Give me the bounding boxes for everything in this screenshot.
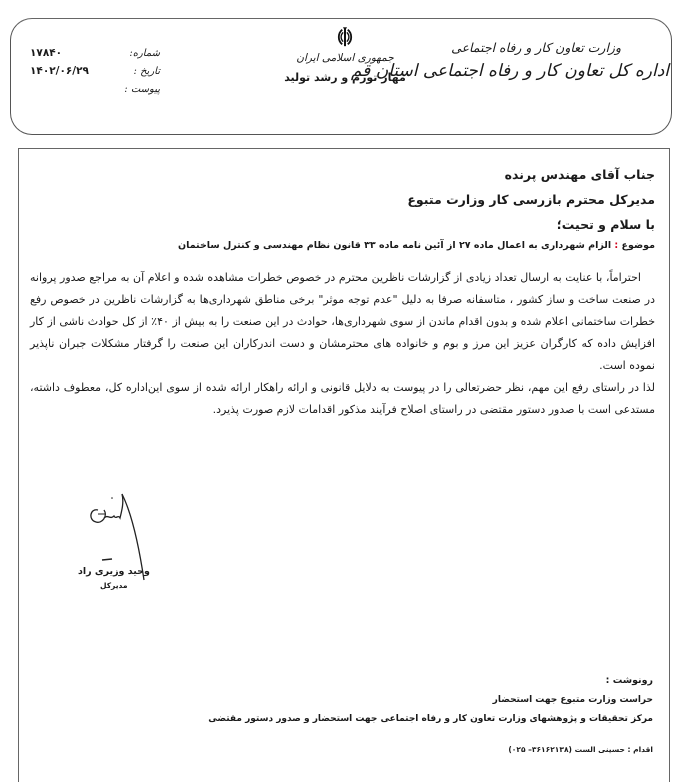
number-label: شماره: (122, 48, 160, 59)
body-paragraph-2: لذا در راستای رفع این مهم، نظر حضرتعالی … (30, 377, 655, 421)
body-paragraph-1: احتراماً، با عنایت به ارسال تعداد زیادی … (30, 267, 655, 377)
cc-item: حراست وزارت متبوع جهت استحضار (208, 691, 653, 710)
recipient-name: جناب آقای مهندس پرنده (30, 162, 655, 187)
signer-name: وحید وزیری راد (78, 566, 150, 577)
year-slogan: مهار تورم و رشد تولید (270, 71, 420, 84)
cc-block: رونوشت : حراست وزارت متبوع جهت استحضار م… (208, 671, 653, 754)
date-label: تاریخ : (122, 66, 160, 77)
date-value: ۱۴۰۲/۰۶/۲۹ (30, 65, 122, 77)
subject-line: موضوع : الزام شهرداری به اعمال ماده ۲۷ ا… (30, 240, 655, 251)
subject-label: موضوع (622, 240, 655, 251)
subject-text: الزام شهرداری به اعمال ماده ۲۷ از آئین ن… (178, 240, 611, 251)
recipient-title: مدیرکل محترم بازرسی کار وزارت متبوع (30, 187, 655, 212)
letter-content: جناب آقای مهندس پرنده مدیرکل محترم بازرس… (30, 162, 655, 421)
cc-item: مرکز تحقیقات و پژوهشهای وزارت تعاون کار … (208, 710, 653, 729)
letter-date-row: تاریخ : ۱۴۰۲/۰۶/۲۹ (30, 62, 160, 80)
letter-meta: شماره: ۱۷۸۴۰ تاریخ : ۱۴۰۲/۰۶/۲۹ پیوست : (30, 44, 160, 98)
emblem-block: جمهوری اسلامی ایران مهار تورم و رشد تولی… (270, 26, 420, 84)
number-value: ۱۷۸۴۰ (30, 47, 122, 59)
attachment-label: پیوست : (122, 84, 160, 95)
letter-number-row: شماره: ۱۷۸۴۰ (30, 44, 160, 62)
greeting: با سلام و تحیت؛ (30, 212, 655, 237)
signer-title: مدیرکل (100, 581, 128, 590)
subject-colon: : (614, 240, 618, 251)
body-paragraph-1-text: احتراماً، با عنایت به ارسال تعداد زیادی … (30, 271, 655, 372)
letter-attachment-row: پیوست : (30, 80, 160, 98)
republic-name: جمهوری اسلامی ایران (270, 52, 420, 64)
cc-title: رونوشت : (208, 671, 653, 691)
action-officer: اقدام : حسینی الست (۳۶۱۶۲۱۳۸– ۰۲۵) (208, 745, 653, 754)
iran-emblem-icon (334, 26, 356, 48)
signature-area: وحید وزیری راد مدیرکل (60, 480, 170, 600)
